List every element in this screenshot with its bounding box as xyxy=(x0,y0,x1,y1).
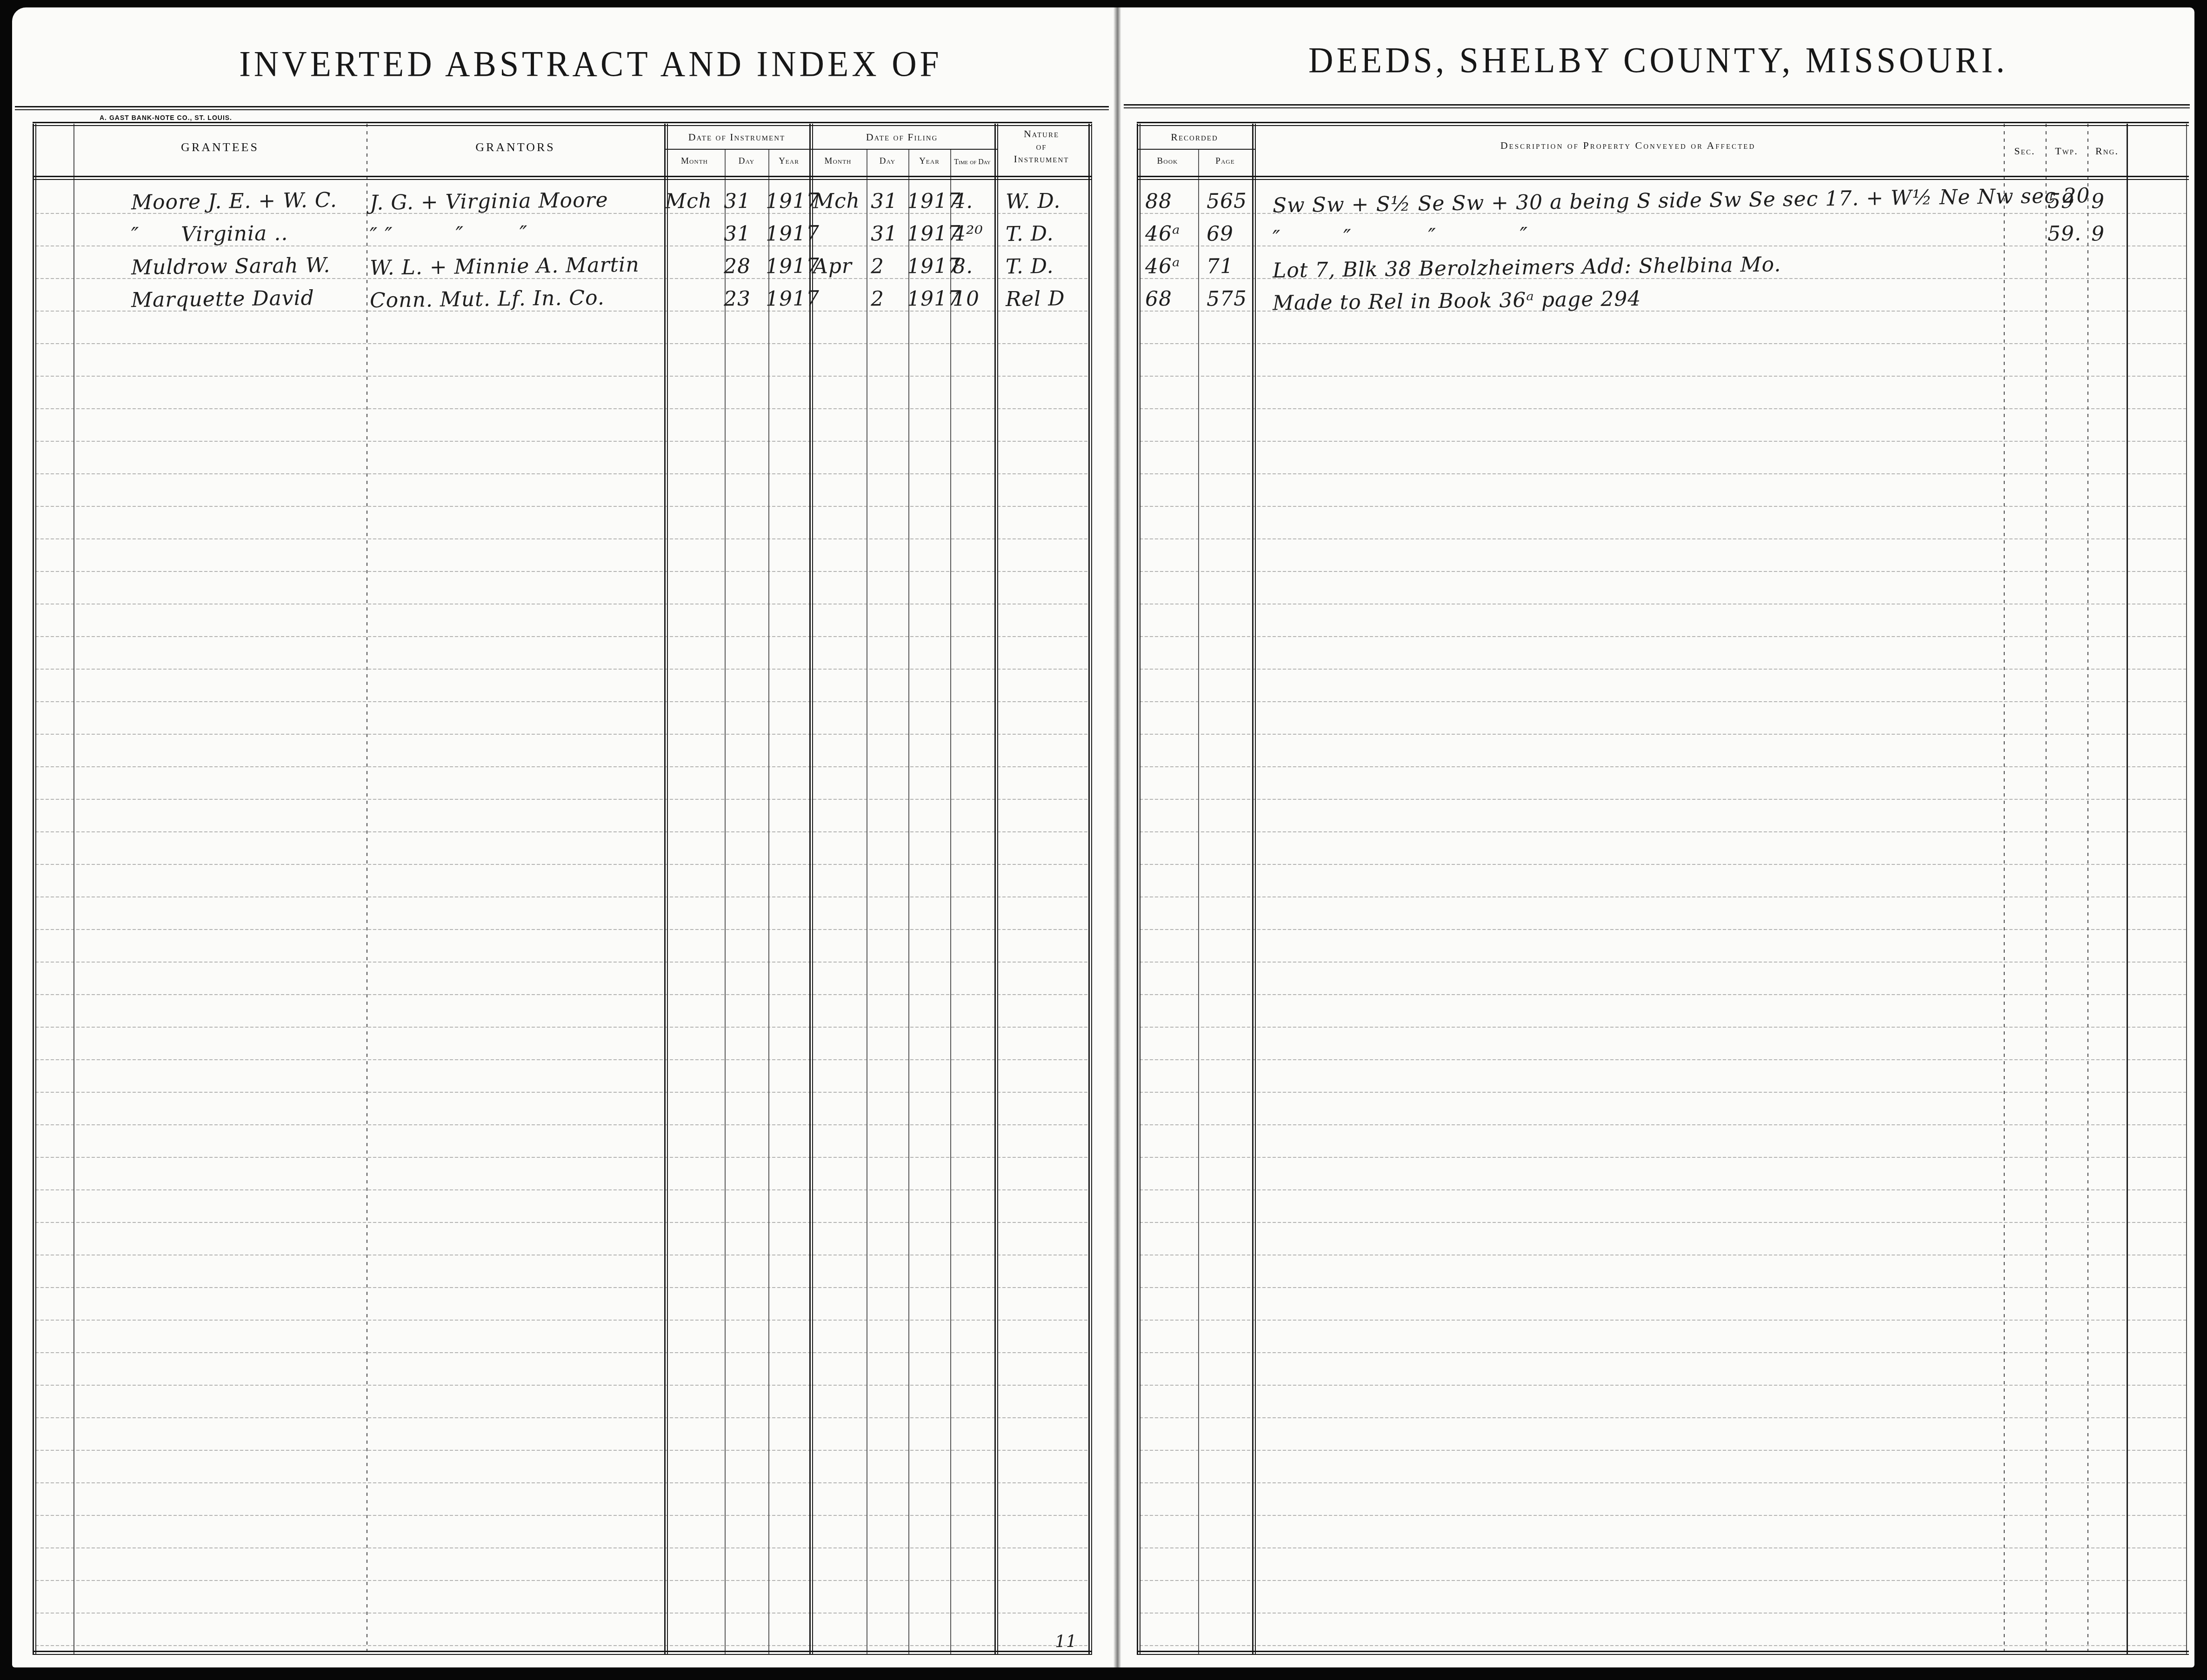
instrument-month-header: Month xyxy=(664,156,725,166)
date-of-filing-header: Date of Filing xyxy=(809,131,994,143)
column-rule xyxy=(768,150,769,1654)
row-ruling-right-page xyxy=(1138,181,2186,1651)
page-header: Page xyxy=(1198,156,1252,166)
filing-time-cell: 10 xyxy=(953,285,997,312)
row-ruling-left-page xyxy=(33,181,1087,1651)
book-cell: 46ᵃ xyxy=(1145,220,1200,247)
instrument-day-cell: 31 xyxy=(724,187,768,215)
column-rule xyxy=(2087,124,2088,1654)
table-bottom-rule xyxy=(1137,1651,2189,1655)
book-header: Book xyxy=(1137,156,1198,166)
column-rule xyxy=(73,124,74,1654)
date-of-instrument-header: Date of Instrument xyxy=(664,131,809,143)
page-cell: 71 xyxy=(1207,252,1256,280)
book-spine xyxy=(1114,7,1121,1667)
nature-cell: T. D. xyxy=(1006,220,1092,248)
column-rule xyxy=(908,150,909,1654)
header-bottom-rule xyxy=(1137,176,2189,180)
instrument-year-cell: 1917 xyxy=(766,285,813,312)
nature-cell: W. D. xyxy=(1006,187,1092,215)
page-title-left: INVERTED ABSTRACT AND INDEX OF xyxy=(70,43,1112,98)
filing-day-cell: 2 xyxy=(871,285,911,312)
filing-year-cell: 1917 xyxy=(907,187,954,215)
instrument-year-header: Year xyxy=(768,156,809,166)
description-header: Description of Property Conveyed or Affe… xyxy=(1252,139,2004,152)
filing-year-header: Year xyxy=(908,156,950,166)
rng-header: Rng. xyxy=(2087,145,2127,157)
filing-day-cell: 31 xyxy=(871,187,911,215)
grantee-cell: Marquette David xyxy=(131,284,373,314)
column-rule xyxy=(33,124,36,1654)
filing-day-cell: 2 xyxy=(871,252,911,280)
column-rule xyxy=(1088,124,1092,1654)
page-cell: 69 xyxy=(1207,220,1256,247)
filing-day-header: Day xyxy=(867,156,908,166)
rng-cell: 9 xyxy=(2091,188,2124,215)
table-bottom-rule xyxy=(33,1651,1092,1655)
table-top-rule xyxy=(1137,122,2189,126)
title-rule-left xyxy=(15,106,1109,110)
column-rule xyxy=(950,150,951,1654)
instrument-month-cell: Mch xyxy=(665,187,721,215)
grantor-cell: ″ ″ ″ ″ xyxy=(370,219,668,249)
rng-cell: 9 xyxy=(2091,220,2124,248)
column-rule xyxy=(809,124,813,1654)
printer-mark: A. GAST BANK-NOTE CO., ST. LOUIS. xyxy=(100,114,232,121)
column-rule xyxy=(725,150,726,1654)
column-rule xyxy=(1137,124,1140,1654)
column-rule xyxy=(2186,124,2187,1654)
instrument-year-cell: 1917 xyxy=(766,220,813,247)
twp-cell: 59. xyxy=(2047,220,2087,247)
page-cell: 575 xyxy=(1207,285,1256,312)
filing-year-cell: 1917 xyxy=(907,285,954,312)
column-rule xyxy=(664,124,668,1654)
filing-time-cell: 8. xyxy=(953,252,997,280)
twp-cell: 59 xyxy=(2047,187,2087,215)
filing-time-cell: 4²⁰ xyxy=(953,220,997,247)
book-cell: 46ᵃ xyxy=(1145,252,1200,280)
grantee-cell: ″ Virginia .. xyxy=(131,219,373,249)
time-of-day-header: Time of Day xyxy=(950,158,994,166)
instrument-day-cell: 23 xyxy=(724,285,768,312)
grantees-header: GRANTEES xyxy=(73,140,367,154)
column-rule xyxy=(367,124,367,1654)
column-rule xyxy=(2127,124,2128,1654)
column-rule xyxy=(994,124,998,1654)
book-cell: 88 xyxy=(1145,187,1200,215)
handwritten-page-number: 11 xyxy=(1055,1628,1078,1656)
filing-day-cell: 31 xyxy=(871,220,911,247)
column-rule xyxy=(1198,150,1199,1654)
twp-header: Twp. xyxy=(2046,145,2087,157)
header-bottom-rule xyxy=(33,176,1092,180)
nature-of-instrument-header: Nature of Instrument xyxy=(994,127,1088,165)
page-title-right: DEEDS, SHELBY COUNTY, MISSOURI. xyxy=(1126,40,2191,94)
title-rule-right xyxy=(1124,104,2190,108)
instrument-day-cell: 28 xyxy=(724,252,768,280)
grantee-cell: Moore J. E. + W. C. xyxy=(131,186,373,216)
instrument-day-header: Day xyxy=(725,156,768,166)
filing-year-cell: 1917 xyxy=(907,252,954,280)
grantor-cell: W. L. + Minnie A. Martin xyxy=(370,251,668,282)
table-top-rule xyxy=(33,122,1092,126)
grantors-header: GRANTORS xyxy=(367,140,664,154)
filing-time-cell: 4. xyxy=(953,187,997,215)
filing-month-cell: Apr xyxy=(813,252,868,280)
header-group-divider xyxy=(1137,149,1255,150)
nature-cell: T. D. xyxy=(1006,252,1092,280)
book-cell: 68 xyxy=(1145,285,1200,312)
column-rule xyxy=(1252,124,1256,1654)
grantor-cell: J. G. + Virginia Moore xyxy=(370,186,668,217)
ledger-scan: INVERTED ABSTRACT AND INDEX OF DEEDS, SH… xyxy=(0,0,2207,1680)
instrument-day-cell: 31 xyxy=(724,220,768,247)
header-group-divider xyxy=(664,149,998,150)
column-rule xyxy=(2004,124,2005,1654)
sec-header: Sec. xyxy=(2004,145,2046,157)
filing-month-cell: Mch xyxy=(813,187,868,215)
filing-year-cell: 1917 xyxy=(907,220,954,247)
instrument-year-cell: 1917 xyxy=(766,252,813,280)
recorded-header: Recorded xyxy=(1137,131,1252,143)
nature-cell: Rel D xyxy=(1006,285,1092,313)
filing-month-header: Month xyxy=(809,156,867,166)
grantee-cell: Muldrow Sarah W. xyxy=(131,252,373,281)
grantor-cell: Conn. Mut. Lf. In. Co. xyxy=(370,284,668,314)
column-rule xyxy=(867,150,867,1654)
page-cell: 565 xyxy=(1207,187,1256,215)
instrument-year-cell: 1917 xyxy=(766,187,813,215)
column-rule xyxy=(2046,124,2047,1654)
